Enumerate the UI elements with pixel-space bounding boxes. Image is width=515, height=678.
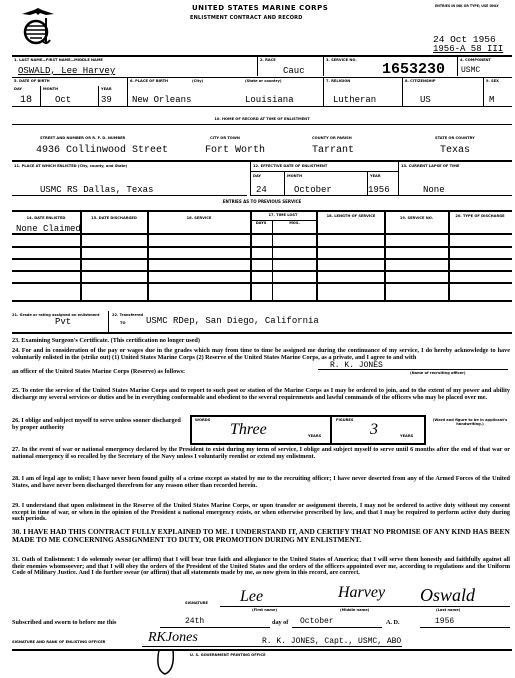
county-label: COUNTY OR PARISH (312, 136, 352, 140)
term-figures-label: FIGURES (336, 418, 353, 422)
subscribed-year: 1956 (435, 617, 454, 626)
lapse-value: None (423, 185, 445, 195)
para-24-end: an officer of the United States Marine C… (12, 369, 312, 376)
religion-value: Lutheran (333, 95, 376, 105)
col-service: 16. SERVICE (148, 216, 250, 220)
pob-state-value: Louisiana (245, 95, 294, 105)
street-label: STREET AND NUMBER OR R. F. D. NUMBER (40, 136, 125, 140)
signature-label: SIGNATURE (185, 601, 208, 605)
eagle-globe-anchor-emblem (16, 6, 60, 46)
para-28: 28. I am of legal age to enlist; I have … (12, 476, 510, 489)
component-value: USMC (461, 66, 480, 75)
place-enlisted-label: 11. PLACE AT WHICH ENLISTED (City, count… (14, 164, 127, 168)
form-title: UNITED STATES MARINE CORPS (192, 4, 328, 12)
para-31: 31. Oath of Enlistment: I do solemnly sw… (12, 557, 510, 577)
street-value: 4936 Collinwood Street (36, 145, 168, 156)
term-figures-value: 3 (370, 421, 378, 439)
col-time-lost-days: DAYS (250, 221, 272, 225)
name-label: 1. LAST NAME—FIRST NAME—MIDDLE NAME (14, 58, 103, 62)
grade-value: Pvt (55, 317, 71, 327)
service-no-label: 3. SERVICE NO. (326, 58, 357, 62)
signature-middle: Harvey (338, 584, 385, 602)
prior-service-row-1: None Claimed (16, 224, 81, 234)
col-length: 18. LENGTH OF SERVICE (318, 214, 384, 218)
signature-middle-label: (Middle name) (340, 608, 369, 612)
dob-month-label: MONTH (43, 87, 58, 91)
dob-label: 5. DATE OF BIRTH (14, 79, 50, 83)
eff-day-label: DAY (253, 174, 261, 178)
enlistment-term-box (190, 415, 426, 445)
col-time-lost: 17. TIME LOST (250, 213, 316, 217)
subscribed-month: October (300, 617, 334, 626)
state-label: STATE OR COUNTRY (435, 136, 475, 140)
component-label: 4. COMPONENT (460, 58, 491, 62)
signature-first-label: (First name) (252, 608, 277, 612)
city-label: CITY OR TOWN (210, 136, 240, 140)
col-time-lost-mos: MOS. (273, 221, 316, 225)
eff-year-value: 1956 (368, 185, 390, 195)
term-words-value: Three (230, 421, 267, 439)
dob-year-label: YEAR (101, 87, 112, 91)
para-25: 25. To enter the service of the United S… (12, 388, 510, 401)
signature-last-label: (Last name) (436, 608, 460, 612)
para-27: 27. In the event of war or national emer… (12, 447, 510, 460)
dob-month-value: Oct (55, 95, 71, 105)
subscribed-text: Subscribed and sworn to before me this (12, 620, 116, 627)
transferred-value: USMC RDep, San Diego, California (146, 316, 319, 326)
service-no-value: 1653230 (382, 61, 445, 78)
citizenship-label: 8. CITIZENSHIP (405, 79, 436, 83)
top-right-note: ENTRIES IN INK OR TYPE; USE ONLY (435, 4, 510, 8)
county-value: Tarrant (312, 145, 354, 156)
state-value: Texas (440, 145, 470, 156)
officer-signature: RKJones (148, 630, 198, 646)
signature-last: Oswald (420, 585, 475, 606)
term-years-label-2: YEARS (400, 434, 413, 438)
dob-year-value: 39 (101, 95, 112, 105)
city-value: Fort Worth (205, 145, 265, 156)
col-service-no: 19. SERVICE NO. (385, 216, 448, 220)
term-note: (Word and figure to be in applicant's ha… (428, 418, 512, 426)
citizenship-value: US (420, 95, 431, 105)
para-26: 26. I oblige and subject myself to serve… (12, 418, 182, 431)
eff-month-value: October (294, 185, 332, 195)
prior-service-title: ENTRIES AS TO PREVIOUS SERVICE (12, 200, 512, 204)
signature-first: Lee (240, 588, 263, 606)
term-words-label: WORDS (195, 418, 210, 422)
para-24: 24. For and in consideration of the pay … (12, 348, 510, 361)
sex-label: 9. SEX (486, 79, 499, 83)
term-years-label: YEARS (308, 434, 321, 438)
home-record-label: 10. HOME OF RECORD AT TIME OF ENLISTMENT (12, 117, 512, 121)
eff-day-value: 24 (256, 185, 267, 195)
transferred-label: 22. Transferred (112, 313, 143, 317)
para-23: 23. Examining Surgeon's Certificate. (Th… (12, 338, 510, 345)
col-discharge-type: 20. TYPE OF DISCHARGE (450, 214, 510, 218)
effective-date-label: 12. EFFECTIVE DATE OF ENLISTMENT (253, 164, 327, 168)
pob-city-value: New Orleans (132, 95, 191, 105)
stamp-code: 1956-A 58 III (433, 44, 503, 54)
religion-label: 7. RELIGION (326, 79, 350, 83)
pob-state-label: (State or country) (245, 79, 281, 83)
race-label: 2. RACE (260, 58, 276, 62)
subscribed-day-of: day of (272, 620, 288, 627)
lapse-label: 13. CURRENT LAPSE OF TIME (401, 164, 459, 168)
race-value: Cauc (283, 66, 305, 76)
para-29: 29. I understand that upon enlistment in… (12, 503, 510, 523)
col-date-enlisted: 14. DATE ENLISTED (12, 216, 80, 220)
staple-mark-icon (155, 648, 177, 676)
officer-label: SIGNATURE AND RANK OF ENLISTING OFFICER (12, 640, 105, 644)
subscribed-ad: A. D. (386, 620, 400, 627)
pob-city-label: (City) (192, 79, 203, 83)
place-enlisted-value: USMC RS Dallas, Texas (40, 185, 153, 195)
officer-name: R. K. JONES, Capt., USMC, ABO (262, 637, 401, 646)
dob-day-label: DAY (14, 87, 22, 91)
col-date-discharged: 15. DATE DISCHARGED (81, 216, 147, 220)
para-30: 30. I HAVE HAD THIS CONTRACT FULLY EXPLA… (12, 528, 510, 543)
sex-value: M (489, 95, 494, 105)
eff-month-label: MONTH (287, 174, 302, 178)
eff-year-label: YEAR (370, 174, 381, 178)
name-value: OSWALD, Lee Harvey (18, 66, 115, 76)
transferred-to-label: TO (120, 321, 126, 325)
recruiting-officer-label: (Name of recruiting officer) (410, 371, 466, 375)
form-subtitle: ENLISTMENT CONTRACT AND RECORD (190, 15, 303, 21)
subscribed-day: 24th (185, 617, 204, 626)
dob-day-value: 18 (20, 95, 32, 106)
pob-label: 6. PLACE OF BIRTH (130, 79, 168, 83)
printing-office-footer: U. S. GOVERNMENT PRINTING OFFICE (190, 653, 266, 657)
